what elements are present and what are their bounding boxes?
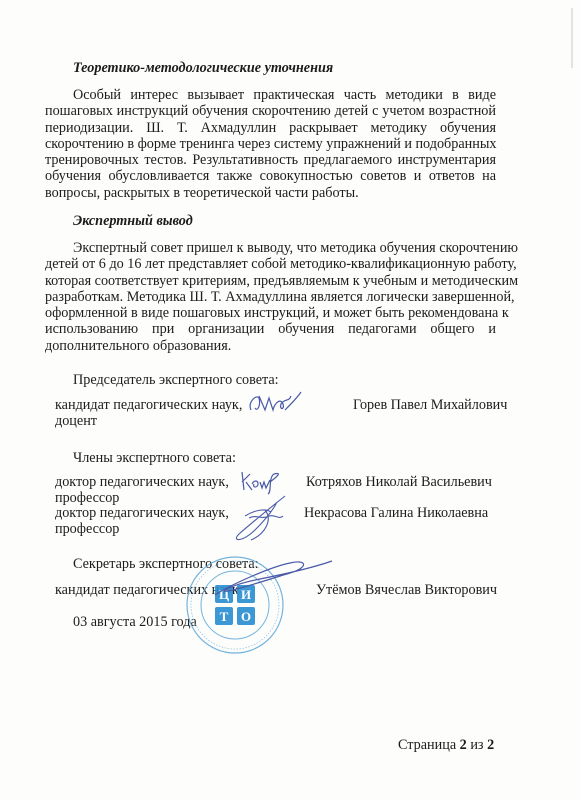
members-label: Члены экспертного совета: bbox=[73, 450, 236, 467]
text-line: Экспертный совет пришел к выводу, что ме… bbox=[45, 240, 496, 256]
text-line: Особый интерес вызывает практическая час… bbox=[45, 87, 496, 103]
page-prefix: Страница bbox=[398, 737, 456, 753]
text-line: вопросы, раскрытых в теоретической части… bbox=[45, 185, 496, 201]
text-line: тренировочных тестов. Результативность п… bbox=[45, 152, 496, 168]
member-2-title-2: профессор bbox=[55, 521, 119, 538]
text-line: обучения обусловливается также совокупно… bbox=[45, 168, 496, 184]
svg-text:Т: Т bbox=[220, 609, 229, 624]
text-line: пошаговых инструкций обучения скорочтени… bbox=[45, 103, 496, 119]
member-1-name: Котряхов Николай Васильевич bbox=[306, 474, 492, 491]
chairman-name: Горев Павел Михайлович bbox=[353, 397, 507, 414]
secretary-signature-icon bbox=[210, 555, 335, 600]
scan-edge bbox=[571, 8, 573, 68]
paragraph-theory: Особый интерес вызывает практическая час… bbox=[45, 87, 496, 201]
member-2-name: Некрасова Галина Николаевна bbox=[304, 505, 488, 522]
section-heading-theory: Теоретико-методологические уточнения bbox=[73, 60, 333, 77]
text-line: которая соответствует критериям, предъяв… bbox=[45, 273, 496, 289]
text-line: детей от 6 до 16 лет представляет собой … bbox=[45, 256, 496, 272]
svg-text:О: О bbox=[241, 609, 251, 624]
text-line: оформленной в виде пошаговых инструкций,… bbox=[45, 305, 496, 321]
text-line: дополнительного образования. bbox=[45, 338, 496, 354]
secretary-name: Утёмов Вячеслав Викторович bbox=[316, 582, 497, 599]
chairman-title: кандидат педагогических наук, bbox=[55, 397, 242, 414]
page-number: Страница 2 из 2 bbox=[398, 737, 494, 754]
paragraph-conclusion: Экспертный совет пришел к выводу, что ме… bbox=[45, 240, 496, 354]
text-line: разработкам. Методика Ш. Т. Ахмадуллина … bbox=[45, 289, 496, 305]
member-1-title: доктор педагогических наук, bbox=[55, 474, 229, 491]
text-line: использованию при организации обучения п… bbox=[45, 321, 496, 337]
section-heading-conclusion: Экспертный вывод bbox=[73, 213, 193, 230]
text-line: скорочтению в форме тренинга через систе… bbox=[45, 136, 496, 152]
page-total: 2 bbox=[487, 737, 494, 753]
text-line: периодизации. Ш. Т. Ахмадуллин раскрывае… bbox=[45, 120, 496, 136]
member-2-signature-icon bbox=[225, 490, 305, 545]
chairman-role-label: Председатель экспертного совета: bbox=[73, 372, 279, 389]
chairman-title-2: доцент bbox=[55, 413, 97, 430]
page-current: 2 bbox=[460, 737, 467, 753]
document-date: 03 августа 2015 года bbox=[73, 614, 197, 631]
page-separator: из bbox=[470, 737, 483, 753]
chairman-signature-icon bbox=[245, 388, 305, 418]
member-2-title: доктор педагогических наук, bbox=[55, 505, 229, 522]
document-page: Теоретико-методологические уточнения Осо… bbox=[0, 0, 581, 800]
